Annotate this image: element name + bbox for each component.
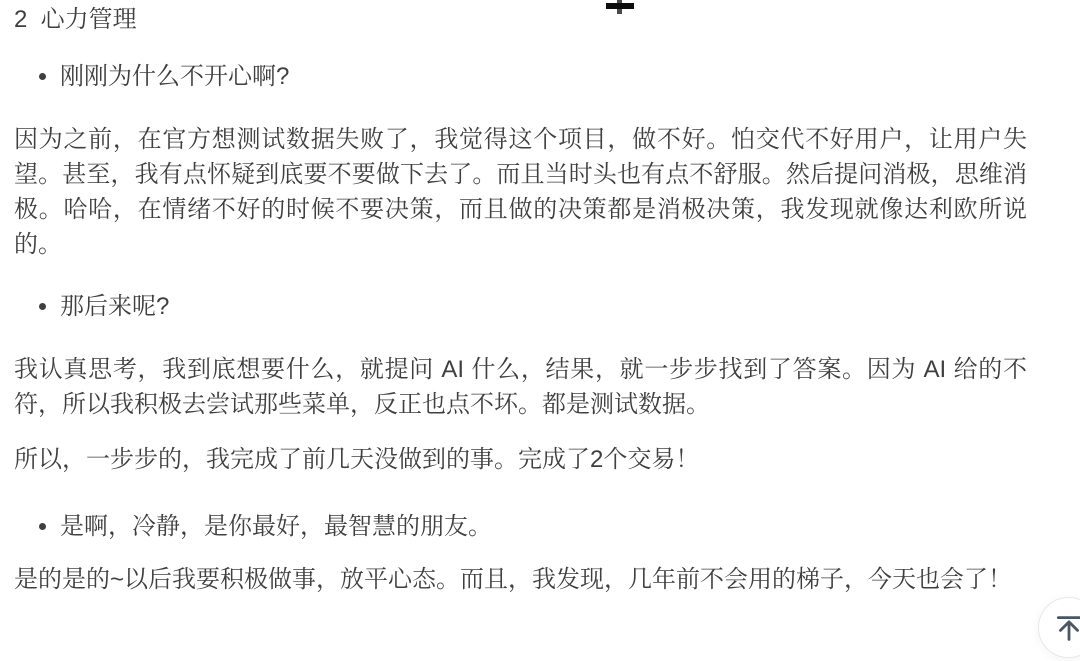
bullet-item: 是啊，冷静，是你最好，最智慧的朋友。: [14, 509, 1027, 544]
back-to-top-button[interactable]: [1038, 597, 1080, 658]
bullet-text: 刚刚为什么不开心啊?: [60, 63, 289, 90]
paragraph: 是的是的~以后我要积极做事，放平心态。而且，我发现，几年前不会用的梯子，今天也会…: [14, 562, 1027, 597]
bullet-text: 那后来呢?: [60, 293, 169, 320]
arrow-up-to-line-icon: [1053, 611, 1080, 645]
bullet-text: 是啊，冷静，是你最好，最智慧的朋友。: [60, 513, 492, 540]
section-heading: 2 心力管理: [14, 2, 1027, 37]
paragraph: 因为之前，在官方想测试数据失败了，我觉得这个项目，做不好。怕交代不好用户，让用户…: [14, 122, 1027, 262]
bullet-item: 那后来呢?: [14, 289, 1027, 324]
bullet-item: 刚刚为什么不开心啊?: [14, 59, 1027, 94]
paragraph: 所以，一步步的，我完成了前几天没做到的事。完成了2个交易！: [14, 442, 1027, 477]
document-page: 2 心力管理 刚刚为什么不开心啊? 因为之前，在官方想测试数据失败了，我觉得这个…: [0, 0, 1080, 597]
paragraph: 我认真思考，我到底想要什么，就提问 AI 什么，结果，就一步步找到了答案。因为 …: [14, 352, 1027, 422]
